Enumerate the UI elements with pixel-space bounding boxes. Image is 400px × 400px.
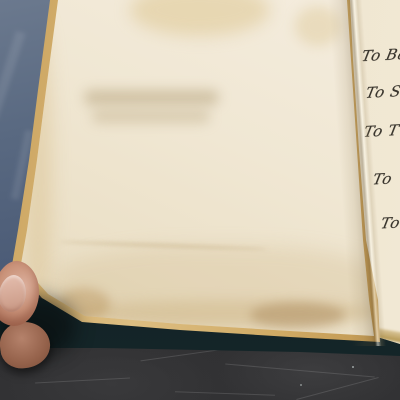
photo-book-scene: To Ba To S To T To To [0,0,400,400]
light-speck [300,384,302,386]
cloth-highlight [0,31,26,120]
show-through-text-stain [92,110,210,123]
surface-scratch [296,377,378,400]
handwriting-line: To S [364,82,400,102]
light-speck [352,366,354,368]
handwriting-line: To [379,214,400,233]
top-stain [130,0,270,36]
surface-scratch [175,391,275,395]
surface-scratch [35,378,130,384]
bottom-right-stain [250,302,345,328]
show-through-text-stain [84,90,219,105]
